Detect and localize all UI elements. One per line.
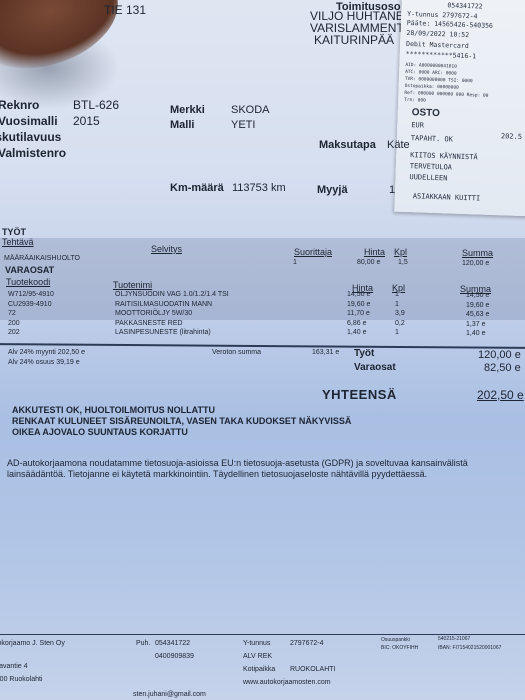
footer-phone2: 0400909839 <box>155 653 194 660</box>
footer-divider <box>0 634 525 635</box>
year-label: Vuosimalli <box>0 113 66 129</box>
parts-code: CU2939-4910 <box>8 301 52 308</box>
reg-label: Reknro <box>0 97 66 113</box>
card-receipt: 054341722 Y-tunnus 2797672-4 Pääte: 1456… <box>394 0 525 216</box>
parts-qty: 1 <box>395 291 399 298</box>
receipt-thanks-line: UUDELLEEN <box>409 172 477 185</box>
footer-domicile-value: RUOKOLAHTI <box>290 666 336 673</box>
parts-name: ÖLJYNSUODIN VAG 1.0/1.2/1.4 TSI <box>115 291 229 298</box>
parts-qty: 3,9 <box>395 310 405 317</box>
parts-total-value: 82,50 e <box>484 362 521 374</box>
footer-phone1: 054341722 <box>155 640 190 647</box>
km-label: Km-määrä <box>170 182 224 194</box>
parts-sum: 1,40 e <box>466 330 485 337</box>
model-value: YETI <box>231 118 270 133</box>
work-header-qty: Kpl <box>394 247 407 257</box>
payment-label: Maksutapa <box>319 139 376 151</box>
work-performer: 1 <box>293 259 297 266</box>
footer-bic: BIC: OKOYFIHH <box>381 645 418 651</box>
receipt-status: TAPAHT. OK <box>411 134 453 143</box>
receipt-header: 054341722 Y-tunnus 2797672-4 Pääte: 1456… <box>406 0 494 62</box>
make-label: Merkki <box>170 103 205 118</box>
parts-code: 72 <box>8 310 16 317</box>
parts-total-label: Varaosat <box>354 362 396 373</box>
receipt-thanks: KIITOS KÄYNNISTÄ TERVETULOA UUDELLEEN <box>409 150 478 185</box>
parts-code: W712/95-4910 <box>8 291 54 298</box>
seller-label: Myyjä <box>317 184 348 196</box>
work-price: 80,00 e <box>357 259 380 266</box>
seller-value: 1 <box>389 184 395 196</box>
parts-price: 6,86 e <box>347 320 366 327</box>
gdpr-line: lainsäädäntöä. Tietojanne ei käytetä mar… <box>7 469 468 480</box>
reg-value: BTL-626 <box>73 97 119 113</box>
model-label: Malli <box>170 118 205 133</box>
parts-header-name: Tuotenimi <box>113 280 152 290</box>
footer-email[interactable]: sten.juhani@gmail.com <box>133 691 206 698</box>
parts-qty: 1 <box>395 329 399 336</box>
parts-header-code: Tuotekoodi <box>6 277 50 287</box>
parts-section-title: VARAOSAT <box>5 265 54 275</box>
footer-domicile-label: Kotipaikka <box>243 666 275 673</box>
parts-price: 14,50 e <box>347 291 370 298</box>
vehicle-labels: Reknro Vuosimalli Iskutilavuus Valmisten… <box>0 97 66 161</box>
receipt-copy-label: ASIAKKAAN KUITTI <box>413 192 481 202</box>
parts-qty: 0,2 <box>395 320 405 327</box>
receipt-currency: EUR <box>411 121 424 129</box>
vat-sales: Alv 24% myynti 202,50 e <box>8 348 85 358</box>
work-total-label: Työt <box>354 348 374 359</box>
footer-ytunnus-label: Y-tunnus <box>243 640 270 647</box>
work-header-sum: Summa <box>462 248 493 258</box>
parts-sum: 45,63 e <box>466 311 489 318</box>
customer-address-partial: TIE 131 <box>104 3 146 17</box>
service-note: RENKAAT KULUNEET SISÄREUNOILTA, VASEN TA… <box>12 416 351 427</box>
parts-price: 1,40 e <box>347 329 366 336</box>
parts-sum: 14,50 e <box>466 292 489 299</box>
parts-sum: 1,37 e <box>466 321 485 328</box>
work-header-description: Selvitys <box>151 244 182 254</box>
vat-info: Alv 24% myynti 202,50 e Alv 24% osuus 39… <box>8 348 85 368</box>
service-note: AKKUTESTI OK, HUOLTOILMOITUS NOLLATTU <box>12 405 351 416</box>
payment-value: Käte <box>387 139 410 151</box>
parts-qty: 1 <box>395 301 399 308</box>
km-value: 113753 km <box>232 182 286 194</box>
work-sum: 120,00 e <box>462 260 489 267</box>
make-model-labels: Merkki Malli <box>170 103 205 133</box>
parts-code: 202 <box>8 329 20 336</box>
receipt-codes: AID: A0000000041010 ATC: 0000 ARC: 0000 … <box>404 62 489 107</box>
footer-city: 54100 Ruokolahti <box>0 676 43 683</box>
footer-bank-name: Osuuspankki <box>381 637 410 643</box>
work-header-task: Tehtävä <box>2 237 34 247</box>
engine-label: Iskutilavuus <box>0 129 66 145</box>
parts-price: 11,70 e <box>347 310 370 317</box>
parts-name: RAITISILMASUODATIN MANN <box>115 301 212 308</box>
parts-price: 19,60 e <box>347 301 370 308</box>
receipt-line: ************5416-1 <box>406 49 492 61</box>
footer-ytunnus-value: 2797672-4 <box>290 640 323 647</box>
table-shade <box>0 238 525 320</box>
grand-total-label: YHTEENSÄ <box>322 387 397 402</box>
gdpr-notice: AD-autokorjaamona noudatamme tietosuoja-… <box>7 458 468 480</box>
work-qty: 1,5 <box>398 259 408 266</box>
work-section-title: TYÖT <box>2 227 26 237</box>
parts-code: 200 <box>8 320 20 327</box>
grand-total-value: 202,50 e <box>477 388 524 402</box>
gdpr-line: AD-autokorjaamona noudatamme tietosuoja-… <box>7 458 468 469</box>
net-value: 163,31 e <box>312 349 339 356</box>
work-total-value: 120,00 e <box>478 349 521 361</box>
parts-sum: 19,60 e <box>466 302 489 309</box>
parts-name: MOOTTORIÖLJY 5W/30 <box>115 310 192 317</box>
receipt-amount: 202.5 <box>501 132 522 141</box>
footer-phone-label: Puh. <box>136 640 150 647</box>
parts-name: PAKKASNESTE RED <box>115 320 183 327</box>
year-value: 2015 <box>73 113 119 129</box>
footer-street: Kirjavantie 4 <box>0 663 28 670</box>
work-task: MÄÄRÄAIKAISHUOLTO <box>4 255 80 262</box>
service-notes: AKKUTESTI OK, HUOLTOILMOITUS NOLLATTU RE… <box>12 405 351 438</box>
parts-name: LASINPESUNESTE (litrahinta) <box>115 329 211 336</box>
work-header-price: Hinta <box>364 247 385 257</box>
service-note: OIKEA AJOVALO SUUNTAUS KORJATTU <box>12 427 351 438</box>
receipt-purchase: OSTO <box>412 107 441 119</box>
footer-alv: ALV REK <box>243 653 272 660</box>
vin-label: Valmistenro <box>0 145 66 161</box>
footer-bank-account: 540215-21067 <box>438 636 470 642</box>
footer-website[interactable]: www.autokorjaamosten.com <box>243 679 331 686</box>
vat-share: Alv 24% osuus 39,19 e <box>8 358 85 368</box>
footer-company: Autokorjaamo J. Sten Oy <box>0 640 65 647</box>
footer-iban: IBAN: FI7154021520001067 <box>438 645 501 651</box>
make-value: SKODA <box>231 103 270 118</box>
vehicle-values: BTL-626 2015 <box>73 97 119 129</box>
net-label: Veroton summa <box>212 349 261 356</box>
work-header-performer: Suorittaja <box>294 247 332 257</box>
make-model-values: SKODA YETI <box>231 103 270 133</box>
